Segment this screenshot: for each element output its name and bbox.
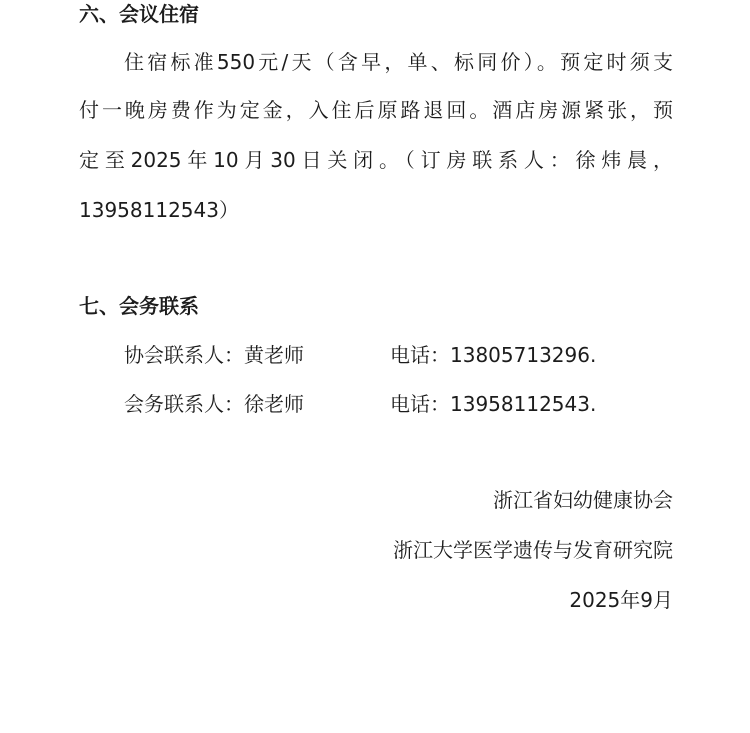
- signature-date: 2025年9月: [569, 586, 673, 614]
- section-heading-contact: 七、会务联系: [79, 292, 199, 320]
- contact-phone: 电话：13805713296.: [390, 341, 596, 369]
- contact-phone: 电话：13958112543.: [390, 390, 596, 418]
- accommodation-paragraph-line-4: 13958112543）: [79, 196, 673, 224]
- contact-name: 会务联系人：徐老师: [124, 390, 304, 418]
- signature-organization-2: 浙江大学医学遗传与发育研究院: [393, 536, 673, 564]
- contact-name: 协会联系人：黄老师: [124, 341, 304, 369]
- accommodation-paragraph-line-2: 付一晚房费作为定金，入住后原路退回。酒店房源紧张，预: [79, 96, 673, 124]
- accommodation-paragraph-line-1: 住宿标准550元/天（含早，单、标同价）。预定时须支: [124, 48, 673, 76]
- accommodation-paragraph-line-3: 定至2025年10月30日关闭。（订房联系人：徐炜晨，: [79, 146, 673, 174]
- section-heading-accommodation: 六、会议住宿: [79, 0, 199, 28]
- signature-organization-1: 浙江省妇幼健康协会: [493, 486, 673, 514]
